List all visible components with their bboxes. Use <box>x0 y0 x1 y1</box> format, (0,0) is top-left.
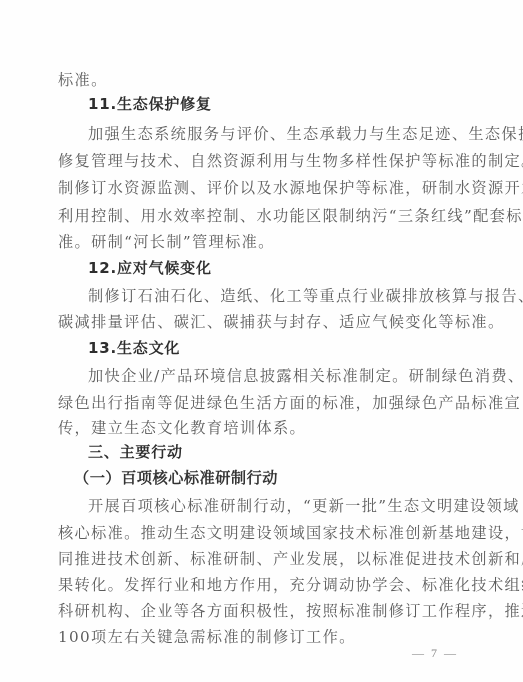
page-number: — 7 — <box>412 646 458 661</box>
body-line: 核心标准。推动生态文明建设领域国家技术标准创新基地建设，协 <box>58 523 476 543</box>
body-line: 100项左右关键急需标准的制修订工作。 <box>58 627 476 647</box>
body-line: 开展百项核心标准研制行动，“更新一批”生态文明建设领域 <box>88 496 476 516</box>
chapter-heading-main-actions: 三、主要行动 <box>88 442 476 462</box>
body-line: 利用控制、用水效率控制、水功能区限制纳污“三条红线”配套标 <box>58 206 476 226</box>
body-line: 加快企业/产品环境信息披露相关标准制定。研制绿色消费、 <box>88 366 476 386</box>
body-line: 碳减排量评估、碳汇、碳捕获与封存、适应气候变化等标准。 <box>58 312 476 332</box>
body-line: 标准。 <box>58 70 476 90</box>
body-line: 制修订石油石化、造纸、化工等重点行业碳排放核算与报告、 <box>88 286 476 306</box>
body-line: 科研机构、企业等各方面积极性，按照标准制修订工作程序，推进 <box>58 601 476 621</box>
section-heading-11: 11.生态保护修复 <box>88 94 476 114</box>
body-line: 准。研制“河长制”管理标准。 <box>58 232 476 252</box>
body-line: 传，建立生态文化教育培训体系。 <box>58 418 476 438</box>
section-heading-13: 13.生态文化 <box>88 338 476 358</box>
body-line: 同推进技术创新、标准研制、产业发展，以标准促进技术创新和成 <box>58 549 476 569</box>
section-heading-12: 12.应对气候变化 <box>88 258 476 278</box>
body-line: 加强生态系统服务与评价、生态承载力与生态足迹、生态保护 <box>88 124 476 144</box>
body-line: 果转化。发挥行业和地方作用，充分调动协学会、标准化技术组织、 <box>58 575 476 595</box>
document-page: 标准。 11.生态保护修复 加强生态系统服务与评价、生态承载力与生态足迹、生态保… <box>0 0 523 682</box>
body-line: 绿色出行指南等促进绿色生活方面的标准，加强绿色产品标准宣 <box>58 393 476 413</box>
body-line: 修复管理与技术、自然资源利用与生物多样性保护等标准的制定。 <box>58 151 476 171</box>
subsection-heading-1: （一）百项核心标准研制行动 <box>74 468 492 488</box>
body-line: 制修订水资源监测、评价以及水源地保护等标准，研制水资源开发 <box>58 178 476 198</box>
